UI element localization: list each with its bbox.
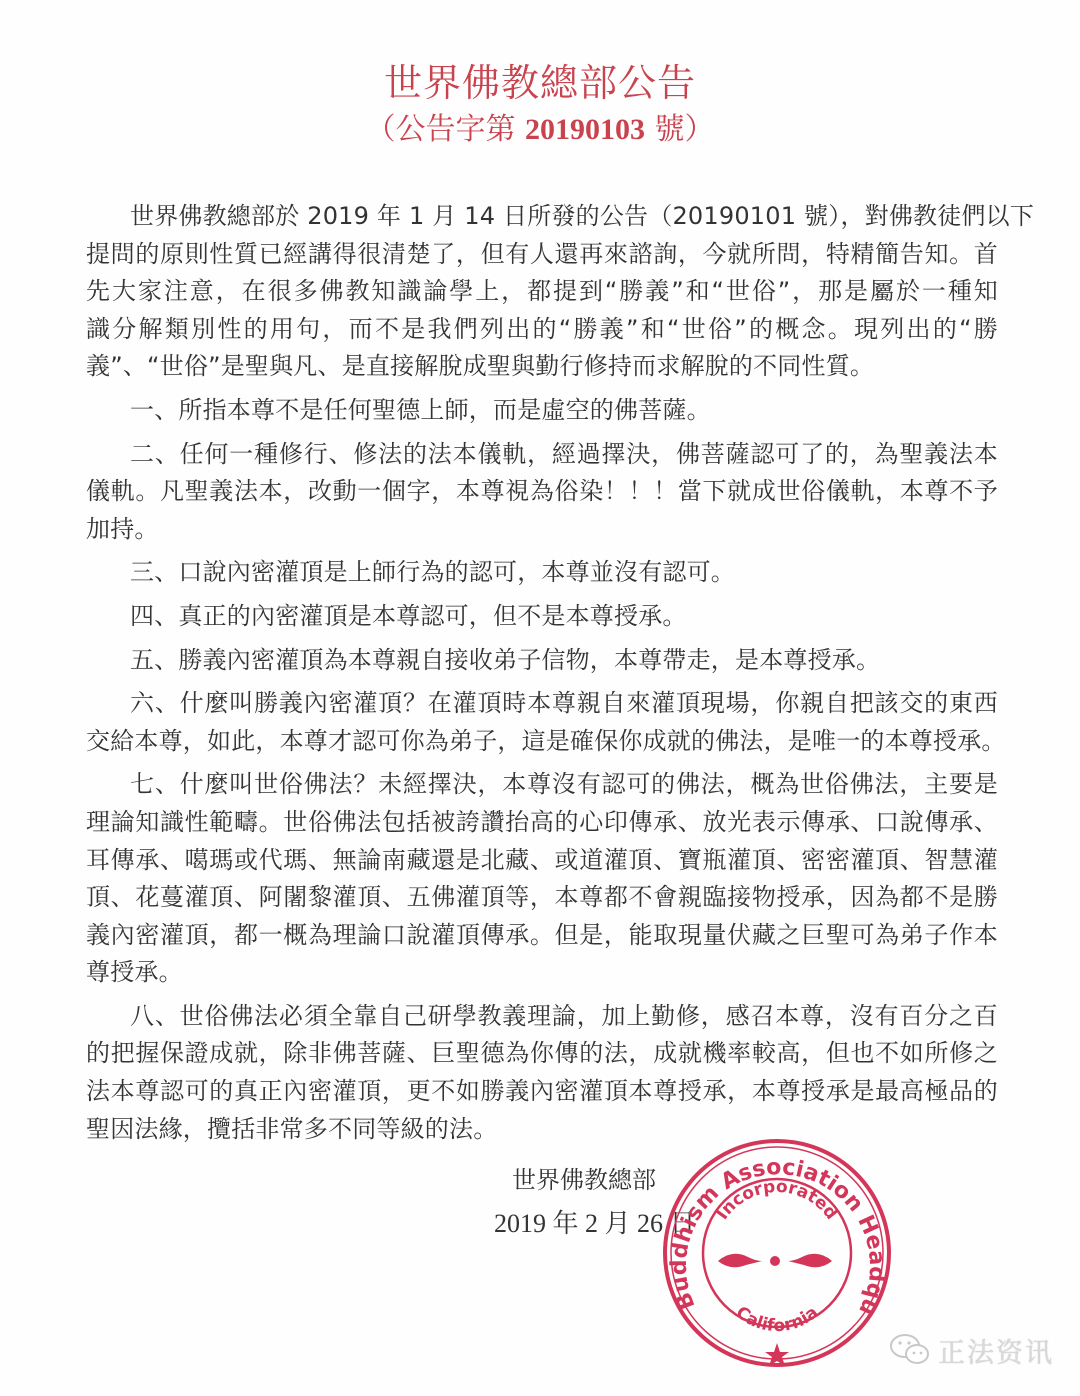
stamp-outer-text: World Buddhism Association Headquarters — [660, 1125, 889, 1322]
document-body: 世界佛教總部於 2019 年 1 月 14 日所發的公告（20190101 號）… — [86, 198, 998, 1154]
svg-text:California: California — [732, 1302, 822, 1336]
text-line: 法本尊認可的真正內密灌頂，更不如勝義內密灌頂本尊授承，本尊授承是最高極品的 — [86, 1073, 998, 1111]
wechat-watermark: 正法资讯 — [888, 1330, 1068, 1370]
text-line: 耳傳承、噶瑪或代瑪、無論南藏還是北藏、或道灌頂、寶瓶灌頂、密密灌頂、智慧灌 — [86, 842, 998, 880]
subtitle-prefix: （公告字第 — [365, 112, 525, 147]
text-line: 理論知識性範疇。世俗佛法包括被誇讚抬高的心印傳承、放光表示傳承、口說傳承、 — [86, 804, 998, 842]
text-line: 八、世俗佛法必須全靠自己研學教義理論，加上勤修，感召本尊，沒有百分之百 — [86, 998, 998, 1036]
text-line: 二、任何一種修行、修法的法本儀軌，經過擇決，佛菩薩認可了的，為聖義法本 — [86, 436, 998, 474]
text-line: 義內密灌頂，都一概為理論口說灌頂傳承。但是，能取現量伏藏之巨聖可為弟子作本 — [86, 917, 998, 955]
text-line: 四、真正的內密灌頂是本尊認可，但不是本尊授承。 — [86, 598, 998, 636]
document-number: （公告字第 20190103 號） — [0, 104, 1080, 148]
text-line: 三、口說內密灌頂是上師行為的認可，本尊並沒有認可。 — [86, 554, 998, 592]
paragraph-item-2: 二、任何一種修行、修法的法本儀軌，經過擇決，佛菩薩認可了的，為聖義法本儀軌。凡聖… — [86, 436, 998, 549]
text-line: 一、所指本尊不是任何聖德上師，而是虛空的佛菩薩。 — [86, 392, 998, 430]
signature: 世界佛教總部 — [512, 1160, 656, 1195]
dot-and-lotus-petals-icon — [718, 1254, 832, 1267]
text-line: 世界佛教總部於 2019 年 1 月 14 日所發的公告（20190101 號）… — [86, 198, 998, 236]
text-line: 交給本尊，如此，本尊才認可你為弟子，這是確保你成就的佛法，是唯一的本尊授承。 — [86, 723, 998, 761]
text-line: 先大家注意，在很多佛教知識論學上，都提到“勝義”和“世俗”，那是屬於一種知 — [86, 273, 998, 311]
paragraph-item-3: 三、口說內密灌頂是上師行為的認可，本尊並沒有認可。 — [86, 554, 998, 592]
text-line: 五、勝義內密灌頂為本尊親自接收弟子信物，本尊帶走，是本尊授承。 — [86, 642, 998, 680]
document-title: 世界佛教總部公告 — [0, 52, 1080, 107]
official-seal-stamp: World Buddhism Association Headquarters … — [660, 1125, 892, 1383]
star-icon — [765, 1343, 789, 1366]
paragraph-item-4: 四、真正的內密灌頂是本尊認可，但不是本尊授承。 — [86, 598, 998, 636]
text-line: 七、什麼叫世俗佛法？未經擇決，本尊沒有認可的佛法，概為世俗佛法，主要是 — [86, 766, 998, 804]
document-page: 世界佛教總部公告 （公告字第 20190103 號） 世界佛教總部於 2019 … — [0, 0, 1080, 1396]
paragraph-item-7: 七、什麼叫世俗佛法？未經擇決，本尊沒有認可的佛法，概為世俗佛法，主要是理論知識性… — [86, 766, 998, 992]
text-line: 義”、“世俗”是聖與凡、是直接解脫成聖與勤行修持而求解脫的不同性質。 — [86, 348, 998, 386]
text-line: 六、什麼叫勝義內密灌頂？在灌頂時本尊親自來灌頂現場，你親自把該交的東西 — [86, 685, 998, 723]
paragraph-intro: 世界佛教總部於 2019 年 1 月 14 日所發的公告（20190101 號）… — [86, 198, 998, 386]
text-line: 提問的原則性質已經講得很清楚了，但有人還再來諮詢，今就所問，特精簡告知。首 — [86, 236, 998, 274]
text-line: 儀軌。凡聖義法本，改動一個字，本尊視為俗染！！！當下就成世俗儀軌，本尊不予 — [86, 473, 998, 511]
subtitle-suffix: 號） — [645, 112, 715, 147]
text-line: 尊授承。 — [86, 954, 998, 992]
paragraph-item-1: 一、所指本尊不是任何聖德上師，而是虛空的佛菩薩。 — [86, 392, 998, 430]
text-line: 加持。 — [86, 511, 998, 549]
wechat-icon — [888, 1332, 932, 1368]
text-line: 的把握保證成就，除非佛菩薩、巨聖德為你傳的法，成就機率較高，但也不如所修之 — [86, 1035, 998, 1073]
paragraph-item-5: 五、勝義內密灌頂為本尊親自接收弟子信物，本尊帶走，是本尊授承。 — [86, 642, 998, 680]
announcement-number: 20190103 — [525, 113, 645, 146]
text-line: 識分解類別性的用句，而不是我們列出的“勝義”和“世俗”的概念。現列出的“勝 — [86, 311, 998, 349]
paragraph-item-6: 六、什麼叫勝義內密灌頂？在灌頂時本尊親自來灌頂現場，你親自把該交的東西交給本尊，… — [86, 685, 998, 760]
text-line: 頂、花蔓灌頂、阿闍黎灌頂、五佛灌頂等，本尊都不會親臨接物授承，因為都不是勝 — [86, 879, 998, 917]
watermark-text: 正法资讯 — [938, 1331, 1054, 1370]
